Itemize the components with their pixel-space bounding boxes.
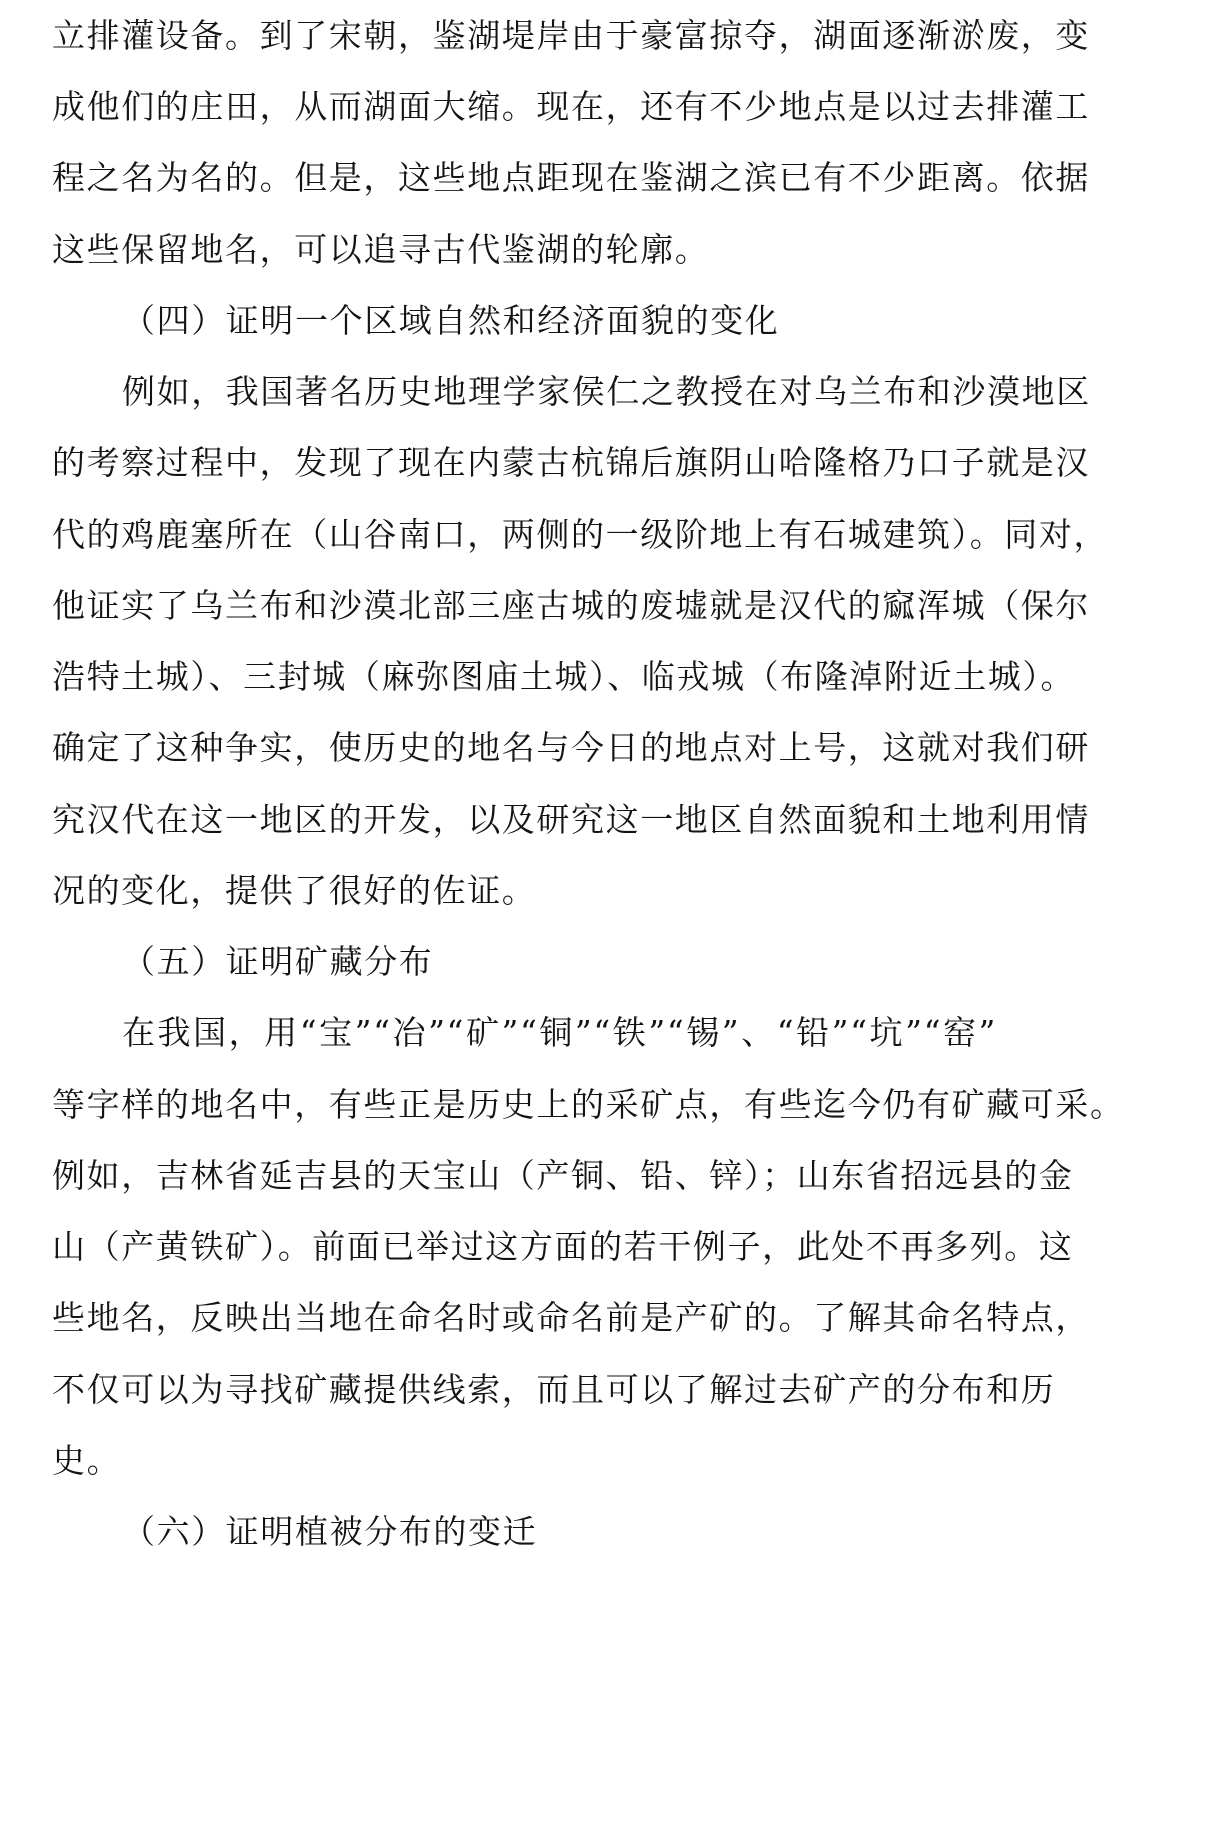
text-line: 浩特土城）、三封城（麻弥图庙土城）、临戎城（布隆淖附近土城）。 — [52, 641, 997, 712]
text-line: 况的变化，提供了很好的佐证。 — [52, 855, 536, 926]
text-line: 这些保留地名，可以追寻古代鉴湖的轮廓。 — [52, 214, 709, 285]
text-line: 成他们的庄田，从而湖面大缩。现在，还有不少地点是以过去排灌工 — [52, 71, 997, 142]
text-line: 例如，吉林省延吉县的天宝山（产铜、铅、锌）；山东省招远县的金 — [52, 1140, 997, 1211]
text-line: 不仅可以为寻找矿藏提供线索，而且可以了解过去矿产的分布和历 — [52, 1354, 997, 1425]
text-line: 代的鸡鹿塞所在（山谷南口，两侧的一级阶地上有石城建筑）。同对， — [52, 499, 997, 570]
text-line: 的考察过程中，发现了现在内蒙古杭锦后旗阴山哈隆格乃口子就是汉 — [52, 427, 997, 498]
section-heading-5: （五）证明矿藏分布 — [122, 926, 433, 997]
text-line: 确定了这种争实，使历史的地名与今日的地点对上号，这就对我们研 — [52, 712, 997, 783]
text-line: 程之名为名的。但是，这些地点距现在鉴湖之滨已有不少距离。依据 — [52, 142, 997, 213]
text-line: 些地名，反映出当地在命名时或命名前是产矿的。了解其命名特点， — [52, 1282, 997, 1353]
text-line: 立排灌设备。到了宋朝，鉴湖堤岸由于豪富掠夺，湖面逐渐淤废，变 — [52, 0, 997, 71]
text-line: 例如，我国著名历史地理学家侯仁之教授在对乌兰布和沙漠地区 — [122, 356, 997, 427]
text-line: 在我国，用“宝”“冶”“矿”“铜”“铁”“锡”、“铅”“坑”“窑” — [122, 997, 997, 1068]
text-line: 史。 — [52, 1425, 121, 1496]
text-line: 究汉代在这一地区的开发，以及研究这一地区自然面貌和土地利用情 — [52, 784, 997, 855]
section-heading-4: （四）证明一个区域自然和经济面貌的变化 — [122, 285, 779, 356]
text-line: 等字样的地名中，有些正是历史上的采矿点，有些迄今仍有矿藏可采。 — [52, 1069, 997, 1140]
section-heading-6: （六）证明植被分布的变迁 — [122, 1496, 537, 1567]
text-line: 他证实了乌兰布和沙漠北部三座古城的废墟就是汉代的窳浑城（保尔 — [52, 570, 997, 641]
text-line: 山（产黄铁矿）。前面已举过这方面的若干例子，此处不再多列。这 — [52, 1211, 997, 1282]
